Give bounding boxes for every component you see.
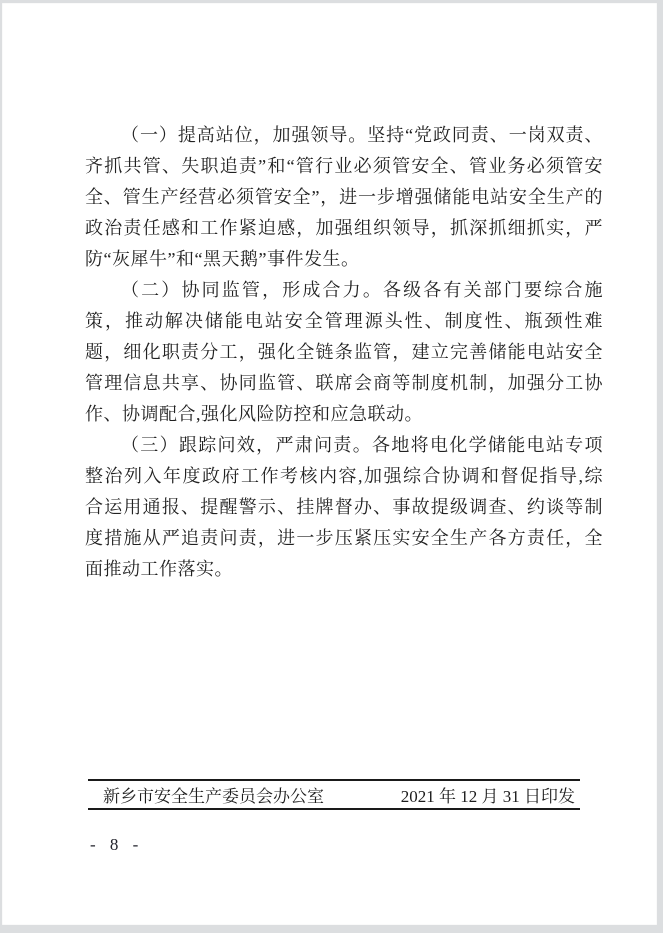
- body-line: （三）跟踪问效，严肃问责。各地将电化学储能电站专项: [85, 430, 603, 461]
- body-line: 度措施从严追责问责，进一步压紧压实安全生产各方责任，全: [85, 523, 603, 554]
- paragraph-1: （一）提高站位，加强领导。坚持“党政同责、一岗双责、 齐抓共管、失职追责”和“管…: [85, 120, 603, 275]
- footer-row: 新乡市安全生产委员会办公室 2021 年 12 月 31 日印发: [88, 781, 580, 808]
- document-page: （一）提高站位，加强领导。坚持“党政同责、一岗双责、 齐抓共管、失职追责”和“管…: [2, 3, 657, 925]
- page-number: - 8 -: [90, 835, 143, 855]
- issuer-name: 新乡市安全生产委员会办公室: [103, 782, 324, 807]
- body-line: 作、协调配合,强化风险防控和应急联动。: [85, 399, 603, 430]
- body-line: 政治责任感和工作紧迫感，加强组织领导，抓深抓细抓实，严: [85, 213, 603, 244]
- document-footer: 新乡市安全生产委员会办公室 2021 年 12 月 31 日印发: [88, 779, 580, 810]
- body-line: （一）提高站位，加强领导。坚持“党政同责、一岗双责、: [85, 120, 603, 151]
- body-line: 齐抓共管、失职追责”和“管行业必须管安全、管业务必须管安: [85, 151, 603, 182]
- body-line: 管理信息共享、协同监管、联席会商等制度机制，加强分工协: [85, 368, 603, 399]
- body-line: （二）协同监管，形成合力。各级各有关部门要综合施: [85, 275, 603, 306]
- body-line: 合运用通报、提醒警示、挂牌督办、事故提级调查、约谈等制: [85, 492, 603, 523]
- scanned-sheet: （一）提高站位，加强领导。坚持“党政同责、一岗双责、 齐抓共管、失职追责”和“管…: [0, 0, 663, 933]
- paragraph-2: （二）协同监管，形成合力。各级各有关部门要综合施 策，推动解决储能电站安全管理源…: [85, 275, 603, 430]
- body-line: 题，细化职责分工，强化全链条监管，建立完善储能电站安全: [85, 337, 603, 368]
- body-line: 防“灰犀牛”和“黑天鹅”事件发生。: [85, 244, 603, 275]
- body-line: 全、管生产经营必须管安全”，进一步增强储能电站安全生产的: [85, 182, 603, 213]
- body-line: 面推动工作落实。: [85, 554, 603, 585]
- body-line: 策，推动解决储能电站安全管理源头性、制度性、瓶颈性难: [85, 306, 603, 337]
- document-body: （一）提高站位，加强领导。坚持“党政同责、一岗双责、 齐抓共管、失职追责”和“管…: [85, 120, 603, 585]
- footer-rule-bottom: [88, 808, 580, 810]
- paragraph-3: （三）跟踪问效，严肃问责。各地将电化学储能电站专项 整治列入年度政府工作考核内容…: [85, 430, 603, 585]
- print-date: 2021 年 12 月 31 日印发: [401, 782, 575, 807]
- body-line: 整治列入年度政府工作考核内容,加强综合协调和督促指导,综: [85, 461, 603, 492]
